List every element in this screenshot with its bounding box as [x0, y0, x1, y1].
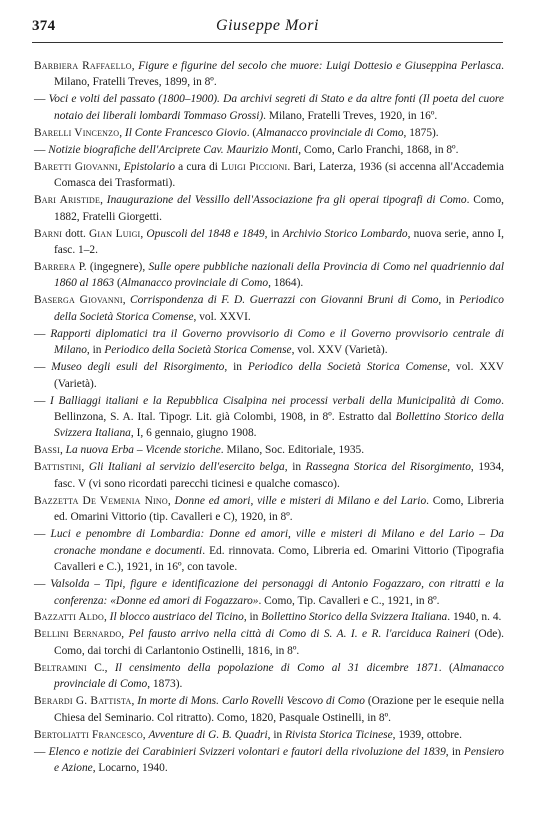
entry-text: P. (ingegnere), — [75, 261, 148, 273]
entry-title: Corrispondenza di F. D. Guerrazzi con Gi… — [130, 294, 438, 306]
bibliography-entry: Barbiera Raffaello, Figure e figurine de… — [34, 58, 504, 91]
entry-title: Figure e figurine del secolo che muore: … — [138, 60, 501, 72]
entry-text: , I, 6 gennaio, giugno 1908. — [131, 427, 257, 439]
entry-text: — — [34, 746, 49, 758]
entry-text: . Milano, Fratelli Treves, 1920, in 16º. — [263, 110, 437, 122]
entry-title: Rassegna Storica del Risorgimento — [306, 461, 471, 473]
entry-text: — — [34, 144, 48, 156]
bibliography-entry-continuation: — Museo degli esuli del Risorgimento, in… — [34, 359, 504, 392]
entry-text: , 1864). — [268, 277, 303, 289]
bibliography-entry: Bazzetta De Vemenia Nino, Donne ed amori… — [34, 493, 504, 526]
entry-text: , — [168, 495, 175, 507]
entry-title: Rivista Storica Ticinese — [285, 729, 393, 741]
entry-title: Donne ed amori, ville e misteri di Milan… — [175, 495, 427, 507]
entry-title: In morte di Mons. Carlo Rovelli Vescovo … — [137, 695, 365, 707]
book-page: 374 Giuseppe Mori Barbiera Raffaello, Fi… — [32, 0, 503, 44]
entry-author: Barni — [34, 228, 62, 240]
entry-title: Archivio Storico Lombardo — [283, 228, 408, 240]
entry-text: , in — [268, 729, 285, 741]
bibliography-entry: Barelli Vincenzo, Il Conte Francesco Gio… — [34, 125, 504, 141]
entry-author: Bassi — [34, 444, 60, 456]
entry-author: Baretti Giovanni — [34, 161, 118, 173]
entry-text: — — [34, 395, 50, 407]
bibliography-entry: Beltramini C., Il censimento della popol… — [34, 660, 504, 693]
entry-text: — — [34, 528, 51, 540]
entry-text: , 1873). — [147, 678, 182, 690]
bibliography-entry: Barni dott. Gian Luigi, Opuscoli del 184… — [34, 226, 504, 259]
entry-title: Elenco e notizie dei Carabinieri Svizzer… — [49, 746, 446, 758]
entry-text: , Locarno, 1940. — [93, 762, 168, 774]
entry-title: Periodico della Società Storica Comense — [104, 344, 291, 356]
entry-author: Berardi G. Battista — [34, 695, 131, 707]
entry-title: Inaugurazione del Vessillo dell'Associaz… — [107, 194, 467, 206]
entry-text: , in — [285, 461, 306, 473]
entry-author: Battistini — [34, 461, 81, 473]
bibliography-entry-continuation: — Luci e penombre di Lombardia: Donne ed… — [34, 526, 504, 575]
entry-author: Bellini Bernardo — [34, 628, 121, 640]
bibliography-entry: Bari Aristide, Inaugurazione del Vessill… — [34, 192, 504, 225]
entry-author: Barrera — [34, 261, 75, 273]
entry-text: — — [34, 361, 51, 373]
bibliography-entry: Bertoliatti Francesco, Avventure di G. B… — [34, 727, 504, 743]
entry-text: — — [34, 93, 49, 105]
entry-text: , vol. XXV (Varietà). — [292, 344, 388, 356]
entry-text: , in — [224, 361, 247, 373]
entry-author: Barelli Vincenzo — [34, 127, 119, 139]
entry-author: Bazzetta De Vemenia Nino — [34, 495, 168, 507]
entry-author: Bazzatti Aldo — [34, 611, 104, 623]
bibliography-list: Barbiera Raffaello, Figure e figurine de… — [34, 58, 504, 777]
bibliography-entry: Berardi G. Battista, In morte di Mons. C… — [34, 693, 504, 726]
entry-text: . Como, Tip. Cavalleri e C., 1921, in 8º… — [258, 595, 439, 607]
entry-text: , 1875). — [404, 127, 439, 139]
bibliography-entry-continuation: — Notizie biografiche dell'Arciprete Cav… — [34, 142, 504, 158]
entry-text: . Milano, Soc. Editoriale, 1935. — [221, 444, 364, 456]
entry-author: Beltramini — [34, 662, 87, 674]
entry-title: Gli Italiani al servizio dell'esercito b… — [89, 461, 285, 473]
running-title: Giuseppe Mori — [32, 17, 503, 35]
bibliography-entry: Bazzatti Aldo, Il blocco austriaco del T… — [34, 609, 504, 625]
entry-text: , 1939, ottobre. — [393, 729, 462, 741]
bibliography-entry: Baserga Giovanni, Corrispondenza di F. D… — [34, 292, 504, 325]
entry-text: — — [34, 578, 50, 590]
entry-text: , — [81, 461, 88, 473]
entry-text: a cura di — [175, 161, 221, 173]
bibliography-entry: Bassi, La nuova Erba – Vicende storiche.… — [34, 442, 504, 458]
entry-author: Gian Luigi — [89, 228, 140, 240]
entry-text: — — [34, 328, 50, 340]
header-rule — [32, 42, 503, 43]
entry-text: , — [121, 628, 128, 640]
entry-title: Periodico della Società Storica Comense — [248, 361, 447, 373]
entry-title: Il blocco austriaco del Ticino — [110, 611, 244, 623]
entry-text: . 1940, n. 4. — [447, 611, 501, 623]
bibliography-entry: Barrera P. (ingegnere), Sulle opere pubb… — [34, 259, 504, 292]
entry-author: Bari Aristide — [34, 194, 100, 206]
entry-text: . ( — [439, 662, 453, 674]
entry-text: ( — [114, 277, 121, 289]
entry-title: I Balliaggi italiani e la Repubblica Cis… — [50, 395, 501, 407]
bibliography-entry-continuation: — I Balliaggi italiani e la Repubblica C… — [34, 393, 504, 442]
entry-text: , — [123, 294, 130, 306]
entry-author: Bertoliatti Francesco — [34, 729, 143, 741]
entry-text: , in — [87, 344, 104, 356]
entry-title: Il censimento della popolazione di Como … — [115, 662, 439, 674]
entry-text: . ( — [247, 127, 257, 139]
entry-text: , in — [265, 228, 283, 240]
entry-author: Baserga Giovanni — [34, 294, 123, 306]
entry-title: Il Conte Francesco Giovio — [125, 127, 247, 139]
bibliography-entry: Baretti Giovanni, Epistolario a cura di … — [34, 159, 504, 192]
entry-title: Pel fausto arrivo nella città di Como di… — [129, 628, 470, 640]
entry-title: Notizie biografiche dell'Arciprete Cav. … — [48, 144, 298, 156]
entry-text: , in — [438, 294, 459, 306]
entry-text: , — [100, 194, 107, 206]
entry-title: Epistolario — [124, 161, 175, 173]
entry-text: , in — [244, 611, 261, 623]
bibliography-entry: Battistini, Gli Italiani al servizio del… — [34, 459, 504, 492]
entry-author: Barbiera Raffaello — [34, 60, 132, 72]
entry-text: , Como, Carlo Franchi, 1868, in 8º. — [298, 144, 458, 156]
entry-text: dott. — [62, 228, 89, 240]
entry-title: La nuova Erba – Vicende storiche — [66, 444, 221, 456]
running-head: 374 Giuseppe Mori — [32, 0, 503, 44]
bibliography-entry-continuation: — Elenco e notizie dei Carabinieri Svizz… — [34, 744, 504, 777]
entry-text: C., — [87, 662, 115, 674]
entry-text: , vol. XXVI. — [194, 311, 251, 323]
entry-title: Avventure di G. B. Quadri — [149, 729, 268, 741]
entry-title: Museo degli esuli del Risorgimento — [51, 361, 224, 373]
entry-title: Opuscoli del 1848 e 1849 — [146, 228, 264, 240]
entry-author: Luigi Piccioni — [221, 161, 287, 173]
bibliography-entry-continuation: — Voci e volti del passato (1800–1900). … — [34, 91, 504, 124]
entry-title: Almanacco provinciale di Como — [121, 277, 268, 289]
bibliography-entry-continuation: — Valsolda – Tipi, figure e identificazi… — [34, 576, 504, 609]
entry-text: , in — [446, 746, 464, 758]
bibliography-entry-continuation: — Rapporti diplomatici tra il Governo pr… — [34, 326, 504, 359]
entry-title: Bollettino Storico della Svizzera Italia… — [261, 611, 447, 623]
bibliography-entry: Bellini Bernardo, Pel fausto arrivo nell… — [34, 626, 504, 659]
entry-title: Almanacco provinciale di Como — [256, 127, 403, 139]
